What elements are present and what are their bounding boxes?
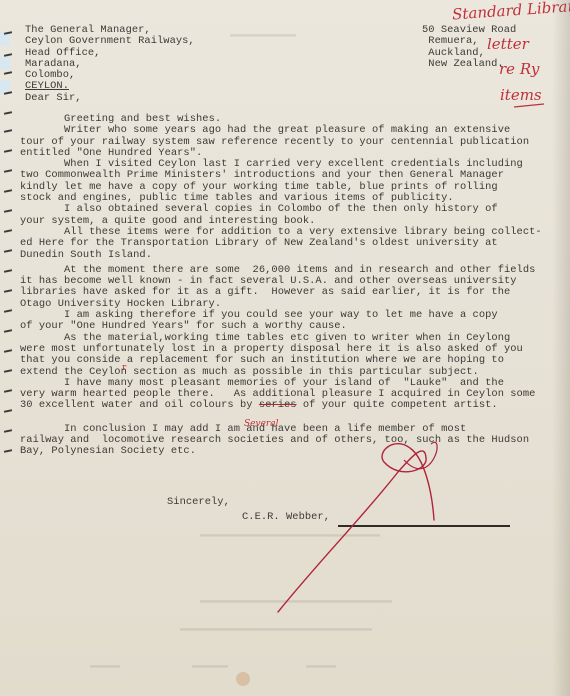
- line: were most unfortunately lost in a proper…: [20, 343, 523, 355]
- line: All these items were for addition to a v…: [20, 226, 542, 238]
- paragraph-5: At the moment there are some 26,000 item…: [20, 265, 542, 310]
- line: Bay, Polynesian Society etc.: [20, 445, 196, 457]
- recipient-line: Ceylon Government Railways,: [25, 35, 195, 47]
- line: Otago University Hocken Library.: [20, 298, 221, 310]
- letter-page: ▬▬▬▬▬▬▬▬▬▬▬ ▬▬▬▬▬▬▬▬▬▬▬▬▬▬▬▬▬▬▬▬▬▬▬▬▬▬▬▬…: [0, 0, 570, 696]
- line: 30 excellent water and oil colours by: [20, 399, 259, 411]
- line: Dunedin South Island.: [20, 249, 152, 261]
- line: of your "One Hundred Years" for such a w…: [20, 320, 347, 332]
- line: extend the Ceylon section as much as pos…: [20, 366, 479, 378]
- handwritten-note: letter: [487, 35, 529, 53]
- sender-line: Auckland,: [428, 47, 485, 59]
- paragraph-2: When I visited Ceylon last I carried ver…: [20, 159, 542, 204]
- paragraph-6: I am asking therefore if you could see y…: [20, 310, 542, 333]
- recipient-line: Maradana,: [25, 58, 82, 70]
- line: libraries have asked for it as a gift. H…: [20, 286, 510, 298]
- handwritten-note: re Ry: [499, 60, 539, 78]
- sender-line: New Zealand.: [428, 58, 503, 70]
- salutation: Dear Sir,: [25, 92, 82, 104]
- line: At the moment there are some 26,000 item…: [20, 264, 535, 276]
- recipient-line: Colombo,: [25, 69, 75, 81]
- signature-line: [338, 525, 510, 527]
- line: I also obtained several copies in Colomb…: [20, 203, 498, 215]
- line: railway and locomotive research societie…: [20, 434, 529, 446]
- closing: Sincerely,: [167, 497, 230, 508]
- line: I have many most pleasant memories of yo…: [20, 377, 504, 389]
- recipient-country: CEYLON.: [25, 80, 69, 92]
- paragraph-1: Writer who some years ago had the great …: [20, 125, 542, 159]
- handwritten-note: Standard Library: [452, 0, 570, 24]
- paragraph-7: As the material,working time tables etc …: [20, 333, 542, 378]
- line: I am asking therefore if you could see y…: [20, 309, 498, 321]
- recipient-address: The General Manager, Ceylon Government R…: [25, 25, 195, 104]
- line: ed Here for the Transportation Library o…: [20, 237, 498, 249]
- bleed-through-text: ▬▬▬▬▬ ▬▬▬▬▬▬ ▬▬▬▬▬: [90, 661, 336, 672]
- line: of your quite competent artist.: [297, 399, 498, 411]
- handwritten-note: items: [500, 86, 542, 104]
- recipient-line: The General Manager,: [25, 24, 151, 36]
- letter-body: Greeting and best wishes.Writer who some…: [20, 114, 542, 458]
- line: stock and engines, public time tables an…: [20, 192, 454, 204]
- paragraph-3: I also obtained several copies in Colomb…: [20, 204, 542, 227]
- bleed-through-text: ▬▬▬▬▬▬▬▬▬▬▬▬▬▬▬▬▬▬▬▬▬▬▬▬▬▬▬▬▬▬: [200, 530, 380, 541]
- line: tour of your railway system saw referenc…: [20, 136, 529, 148]
- paper-stain: [236, 672, 250, 686]
- handwritten-correction: Several: [244, 419, 278, 429]
- sender-line: Remuera,: [428, 35, 478, 47]
- line: very warm hearted people there. As addit…: [20, 388, 535, 400]
- binder-margin: [0, 0, 14, 696]
- struck-word: series: [259, 399, 297, 411]
- bleed-through-text: ▬▬▬▬▬▬▬▬▬▬▬: [230, 30, 296, 41]
- line: two Commonwealth Prime Ministers' introd…: [20, 169, 504, 181]
- line: Writer who some years ago had the great …: [20, 124, 510, 136]
- paragraph-4: All these items were for addition to a v…: [20, 227, 542, 261]
- line: it has become well known - in fact sever…: [20, 275, 517, 287]
- paragraph-9: In conclusion I may add I am and have be…: [20, 424, 542, 458]
- paragraph-8: I have many most pleasant memories of yo…: [20, 378, 542, 412]
- line: your system, a quite good and interestin…: [20, 215, 315, 227]
- bleed-through-text: ▬▬▬▬▬▬▬▬▬▬▬▬▬▬▬▬▬▬▬▬▬▬▬▬▬▬▬▬▬▬▬▬: [200, 596, 392, 607]
- handwritten-insert-mark: r: [122, 363, 126, 373]
- signature-name: C.E.R. Webber,: [242, 512, 330, 523]
- recipient-line: Head Office,: [25, 47, 100, 59]
- bleed-through-text: ▬▬▬▬▬▬▬▬▬▬▬▬▬▬▬▬▬▬▬▬▬▬▬▬▬▬▬▬▬▬▬▬: [180, 624, 372, 635]
- line: that you conside a replacement for such …: [20, 354, 504, 366]
- line: kindly let me have a copy of your workin…: [20, 181, 498, 193]
- line: As the material,working time tables etc …: [20, 332, 510, 344]
- line: entitled "One Hundred Years".: [20, 147, 202, 159]
- line: When I visited Ceylon last I carried ver…: [20, 158, 523, 170]
